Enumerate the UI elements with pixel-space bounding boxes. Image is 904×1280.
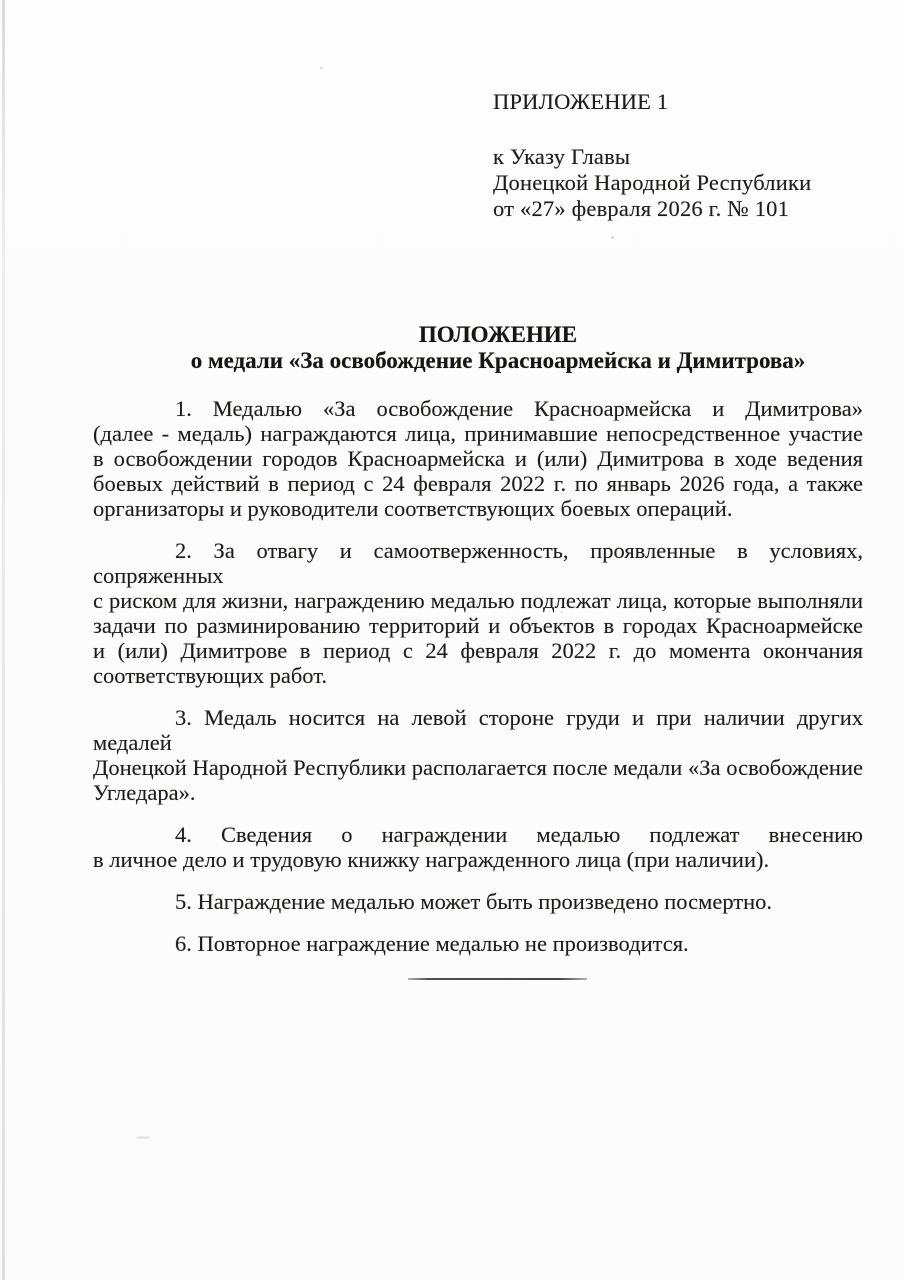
paragraph-line: Донецкой Народной Республики располагает…: [93, 755, 863, 780]
paragraph-line: 6. Повторное награждение медалью не прои…: [93, 931, 863, 956]
decree-reference-line: от «27» февраля 2026 г. № 101: [493, 196, 811, 222]
document-body: 1. Медалью «За освобождение Красноармейс…: [93, 396, 863, 956]
separator-line: [408, 978, 587, 980]
appendix-header: ПРИЛОЖЕНИЕ 1 к Указу Главы Донецкой Наро…: [493, 89, 811, 222]
paragraph-6: 6. Повторное награждение медалью не прои…: [93, 931, 863, 956]
paragraph-1: 1. Медалью «За освобождение Красноармейс…: [93, 396, 863, 521]
document-title-block: ПОЛОЖЕНИЕ о медали «За освобождение Крас…: [112, 322, 884, 374]
paragraph-line: (далее - медаль) награждаются лица, прин…: [93, 421, 863, 446]
paragraph-line: 5. Награждение медалью может быть произв…: [93, 889, 863, 914]
paragraph-line: 4. Сведения о награждении медалью подлеж…: [93, 822, 863, 847]
paragraph-line: с риском для жизни, награждению медалью …: [93, 588, 863, 613]
decree-reference-line: Донецкой Народной Республики: [493, 170, 811, 196]
paragraph-line: Угледара».: [93, 780, 863, 805]
paragraph-5: 5. Награждение медалью может быть произв…: [93, 889, 863, 914]
paragraph-line: боевых действий в период с 24 февраля 20…: [93, 471, 863, 496]
scan-speck: [611, 236, 614, 239]
scan-speck: [136, 1136, 150, 1139]
appendix-label: ПРИЛОЖЕНИЕ 1: [493, 89, 811, 115]
paragraph-line: соответствующих работ.: [93, 663, 863, 688]
scan-speck: [320, 67, 323, 69]
paragraph-line: задачи по разминированию территорий и об…: [93, 613, 863, 638]
scan-edge-shadow: [2, 0, 5, 1280]
paragraph-line: организаторы и руководители соответствую…: [93, 496, 863, 521]
decree-reference-line: к Указу Главы: [493, 144, 811, 170]
paragraph-line: 3. Медаль носится на левой стороне груди…: [93, 705, 863, 755]
paragraph-4: 4. Сведения о награждении медалью подлеж…: [93, 822, 863, 872]
paragraph-line: в освобождении городов Красноармейска и …: [93, 446, 863, 471]
paragraph-2: 2. За отвагу и самоотверженность, проявл…: [93, 538, 863, 688]
paragraph-line: и (или) Димитрове в период с 24 февраля …: [93, 638, 863, 663]
paragraph-line: 2. За отвагу и самоотверженность, проявл…: [93, 538, 863, 588]
document-page: ПРИЛОЖЕНИЕ 1 к Указу Главы Донецкой Наро…: [0, 0, 904, 1280]
paragraph-3: 3. Медаль носится на левой стороне груди…: [93, 705, 863, 805]
document-title: ПОЛОЖЕНИЕ: [112, 322, 884, 348]
paragraph-line: 1. Медалью «За освобождение Красноармейс…: [93, 396, 863, 421]
document-subtitle: о медали «За освобождение Красноармейска…: [112, 348, 884, 374]
paragraph-line: в личное дело и трудовую книжку награжде…: [93, 847, 863, 872]
